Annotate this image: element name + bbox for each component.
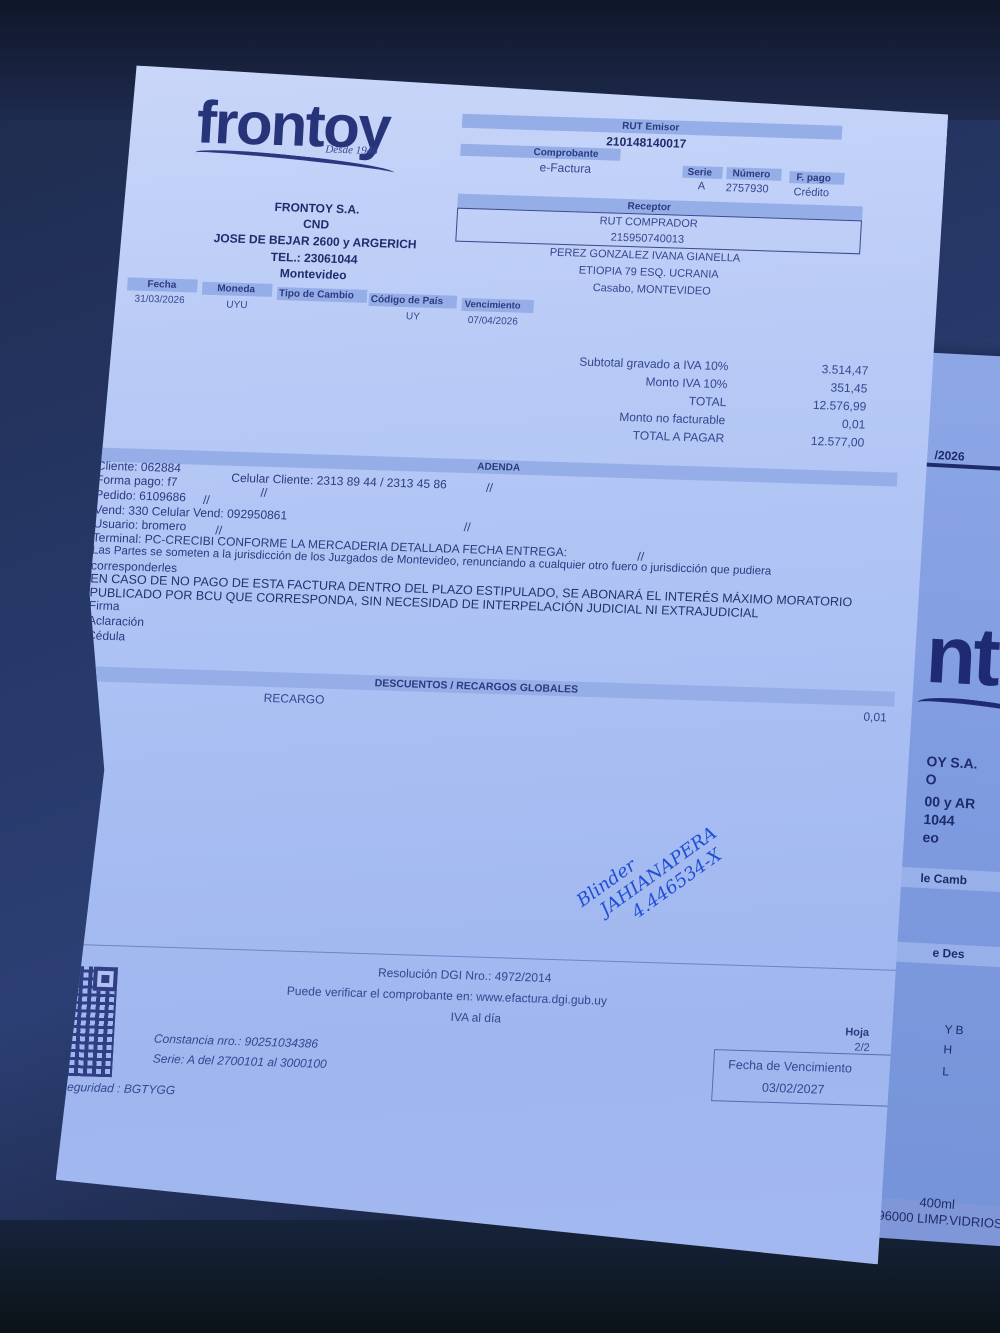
receptor-label: Receptor bbox=[627, 201, 671, 213]
totals-value: 3.514,47 bbox=[821, 362, 869, 377]
totals-label: TOTAL A PAGAR bbox=[632, 428, 724, 445]
addenda-cedula: Cédula bbox=[87, 628, 126, 643]
back-text-fragment: OY S.A. bbox=[926, 753, 978, 772]
totals-value: 351,45 bbox=[830, 380, 867, 395]
totals-block: Subtotal gravado a IVA 10% 3.514,47 Mont… bbox=[554, 354, 879, 454]
fpago-label: F. pago bbox=[796, 172, 831, 184]
qr-code[interactable] bbox=[2, 964, 118, 1077]
receptor-city: Casabo, MONTEVIDEO bbox=[592, 282, 711, 298]
back-text-fragment: L bbox=[942, 1064, 949, 1078]
footer-codigo-seguridad: Código de Seguridad : BGTYGG bbox=[1, 1078, 176, 1097]
back-date-fragment: /2026 bbox=[934, 448, 965, 464]
totals-label: Monto IVA 10% bbox=[645, 375, 728, 392]
back-logo-fragment: nt bbox=[924, 608, 1000, 706]
meta-header-vencimiento: Vencimiento bbox=[464, 299, 521, 312]
addenda-title: ADENDA bbox=[477, 461, 520, 473]
qr-finder bbox=[2, 1050, 27, 1075]
addenda-separator: // bbox=[463, 520, 470, 534]
meta-value-vencimiento: 07/04/2026 bbox=[467, 315, 518, 328]
addenda-aclaracion: Aclaración bbox=[88, 613, 145, 629]
back-text-fragment: H bbox=[943, 1042, 952, 1056]
invoice-document: frontoy Desde 1946 RUT Emisor 2101481400… bbox=[52, 65, 949, 1265]
fecha-vencimiento-value: 03/02/2027 bbox=[762, 1081, 825, 1097]
serie-value: A bbox=[697, 180, 705, 192]
footer-constancia: Constancia nro.: 90251034386 bbox=[154, 1032, 319, 1051]
addenda-separator: // bbox=[486, 481, 493, 495]
hoja-label: Hoja bbox=[845, 1026, 870, 1039]
totals-label: TOTAL bbox=[688, 394, 726, 409]
totals-value: 12.577,00 bbox=[810, 434, 864, 450]
recargo-label: RECARGO bbox=[263, 691, 324, 707]
meta-header-fecha: Fecha bbox=[147, 279, 177, 291]
back-text-fragment: 1044 bbox=[923, 811, 955, 829]
addenda-pedido: Pedido: 6109686 bbox=[95, 487, 187, 504]
footer-iva-al-dia: IVA al día bbox=[450, 1010, 501, 1026]
hoja-value: 2/2 bbox=[854, 1042, 870, 1054]
footer-resolucion: Resolución DGI Nro.: 4972/2014 bbox=[378, 966, 552, 985]
recargo-value: 0,01 bbox=[863, 710, 887, 725]
footer-verificar-link[interactable]: Puede verificar el comprobante en: www.e… bbox=[287, 984, 608, 1008]
qr-finder bbox=[93, 967, 118, 992]
handwritten-signature: Blinder JAHIANAPERA 4.446534-X bbox=[573, 806, 733, 946]
back-text-fragment: Y B bbox=[944, 1022, 964, 1037]
addenda-firma: Firma bbox=[88, 598, 119, 613]
fpago-value: Crédito bbox=[793, 186, 829, 199]
meta-value-codigo-pais: UY bbox=[406, 311, 421, 322]
meta-header-codigo-pais: Código de País bbox=[371, 294, 444, 307]
back-text-fragment: eo bbox=[922, 829, 939, 846]
back-divider bbox=[914, 462, 1000, 476]
meta-value-fecha: 31/03/2026 bbox=[134, 294, 185, 307]
qr-finder bbox=[7, 964, 32, 989]
totals-label: Monto no facturable bbox=[619, 410, 726, 427]
back-text-fragment: le Camb bbox=[920, 871, 967, 887]
strip-size: 400ml bbox=[919, 1194, 955, 1211]
footer-serie-rango: Serie: A del 2700101 al 3000100 bbox=[152, 1052, 327, 1071]
meta-header-tipo-cambio: Tipo de Cambio bbox=[279, 288, 354, 301]
receptor-address: ETIOPIA 79 ESQ. UCRANIA bbox=[578, 265, 719, 281]
back-text-fragment: e Des bbox=[932, 946, 965, 962]
meta-header-moneda: Moneda bbox=[217, 283, 255, 295]
rut-emisor-label: RUT Emisor bbox=[622, 121, 680, 134]
addenda-separator: // bbox=[260, 486, 267, 500]
totals-value: 12.576,99 bbox=[813, 398, 867, 414]
numero-value: 2757930 bbox=[725, 182, 768, 195]
addenda-forma-pago: Forma pago: f7 bbox=[96, 472, 178, 489]
comprobante-label: Comprobante bbox=[533, 147, 599, 160]
rut-comprador-value: 215950740013 bbox=[610, 232, 684, 246]
footer-divider bbox=[29, 943, 909, 972]
totals-value: 0,01 bbox=[842, 417, 866, 432]
serie-label: Serie bbox=[687, 167, 712, 179]
totals-label: Subtotal gravado a IVA 10% bbox=[579, 355, 729, 374]
meta-value-moneda: UYU bbox=[226, 299, 248, 311]
back-text-fragment: 00 y AR bbox=[924, 793, 976, 812]
numero-label: Número bbox=[732, 168, 770, 180]
comprobante-value: e-Factura bbox=[539, 160, 591, 176]
back-text-fragment: O bbox=[925, 771, 937, 788]
logo-tagline: Desde 1946 bbox=[325, 144, 378, 158]
